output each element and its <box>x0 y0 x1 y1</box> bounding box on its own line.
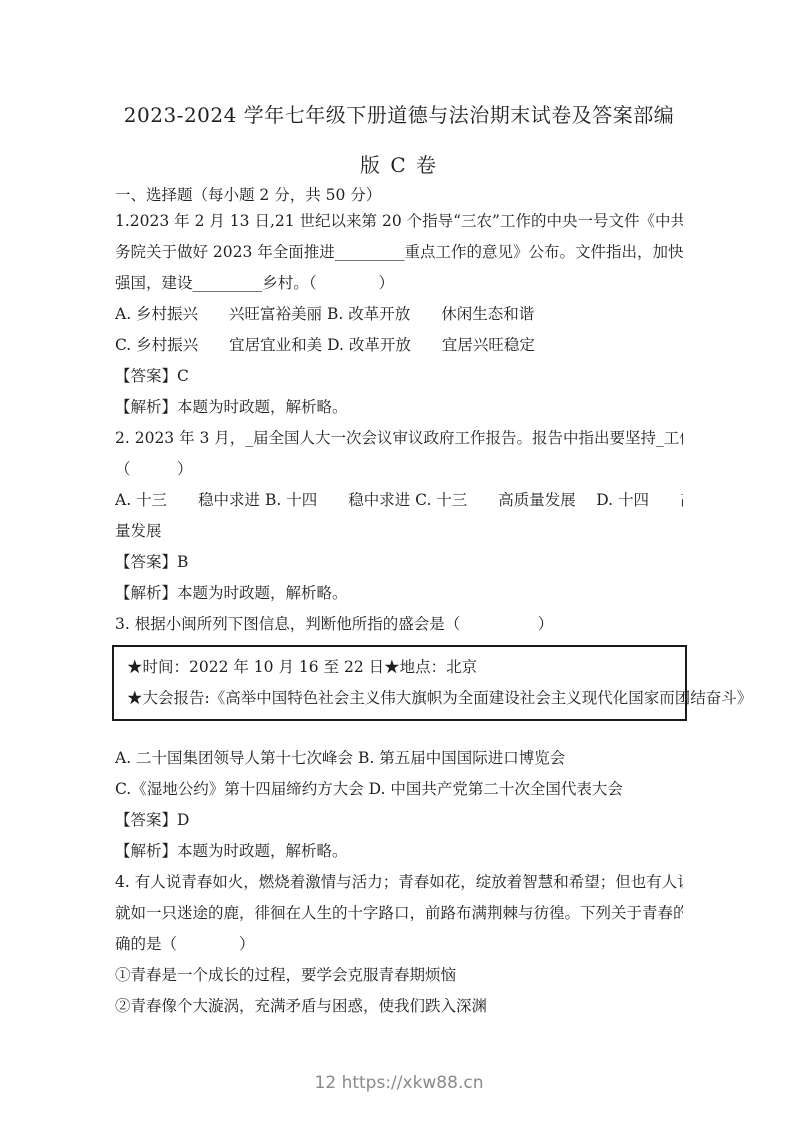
document-content: 2023-2024 学年七年级下册道德与法治期末试卷及答案部编 版 C 卷 一、… <box>0 101 793 1094</box>
info-box-time-location: ★时间：2022 年 10 月 16 至 22 日★地点：北京 <box>127 652 672 683</box>
question-1-text-line3: 强国，建设_________乡村。（ ） <box>115 268 683 299</box>
question-2-answer: 【答案】B <box>115 547 683 578</box>
document-title-line2: 版 C 卷 <box>115 151 683 180</box>
question-2-text-line2: （ ） <box>115 454 683 485</box>
page-number-and-source-url: 12 https://xkw88.cn <box>115 1072 683 1094</box>
question-3-analysis: 【解析】本题为时政题，解析略。 <box>115 836 683 867</box>
question-1-text-line2: 务院关于做好 2023 年全面推进_________重点工作的意见》公布。文件指… <box>115 237 683 268</box>
question-3-answer: 【答案】D <box>115 805 683 836</box>
document-title-line1: 2023-2024 学年七年级下册道德与法治期末试卷及答案部编 <box>115 101 683 130</box>
question-2-analysis: 【解析】本题为时政题，解析略。 <box>115 578 683 609</box>
question-4-text-line3: 确的是（ ） <box>115 929 683 960</box>
question-2-options-line2: 量发展 <box>115 516 683 547</box>
section-heading: 一、选择题（每小题 2 分，共 50 分） <box>115 184 683 206</box>
question-2-text-line1: 2. 2023 年 3 月，_届全国人大一次会议审议政府工作报告。报告中指出要坚… <box>115 423 683 454</box>
question-2-options-line1: A. 十三 稳中求进 B. 十四 稳中求进 C. 十三 高质量发展 D. 十四 … <box>115 485 683 516</box>
question-4-item-1: ①青春是一个成长的过程，要学会克服青春期烦恼 <box>115 960 683 991</box>
question-1-text-line1: 1.2023 年 2 月 13 日,21 世纪以来第 20 个指导“三农”工作的… <box>115 206 683 237</box>
question-3-info-box: ★时间：2022 年 10 月 16 至 22 日★地点：北京 ★大会报告:《高… <box>112 645 687 721</box>
question-4-item-2: ②青春像个大漩涡，充满矛盾与困惑，使我们跌入深渊 <box>115 991 683 1022</box>
question-3-text-line1: 3. 根据小闽所列下图信息，判断他所指的盛会是（ ） <box>115 609 683 640</box>
question-1-answer: 【答案】C <box>115 361 683 392</box>
question-4-text-line1: 4. 有人说青春如火，燃烧着激情与活力；青春如花，绽放着智慧和希望；但也有人说青… <box>115 867 683 898</box>
question-3-options-ab: A. 二十国集团领导人第十七次峰会 B. 第五届中国国际进口博览会 <box>115 743 683 774</box>
question-1-options-cd: C. 乡村振兴 宜居宜业和美 D. 改革开放 宜居兴旺稳定 <box>115 330 683 361</box>
question-3-options-cd: C.《湿地公约》第十四届缔约方大会 D. 中国共产党第二十次全国代表大会 <box>115 774 683 805</box>
question-1-options-ab: A. 乡村振兴 兴旺富裕美丽 B. 改革开放 休闲生态和谐 <box>115 299 683 330</box>
question-1-analysis: 【解析】本题为时政题，解析略。 <box>115 392 683 423</box>
exam-document-page: 2023-2024 学年七年级下册道德与法治期末试卷及答案部编 版 C 卷 一、… <box>0 0 793 1122</box>
question-4-text-line2: 就如一只迷途的鹿，徘徊在人生的十字路口，前路布满荆棘与彷徨。下列关于青春的说法正 <box>115 898 683 929</box>
info-box-report-title: ★大会报告:《高举中国特色社会主义伟大旗帜为全面建设社会主义现代化国家而团结奋斗… <box>127 683 672 714</box>
